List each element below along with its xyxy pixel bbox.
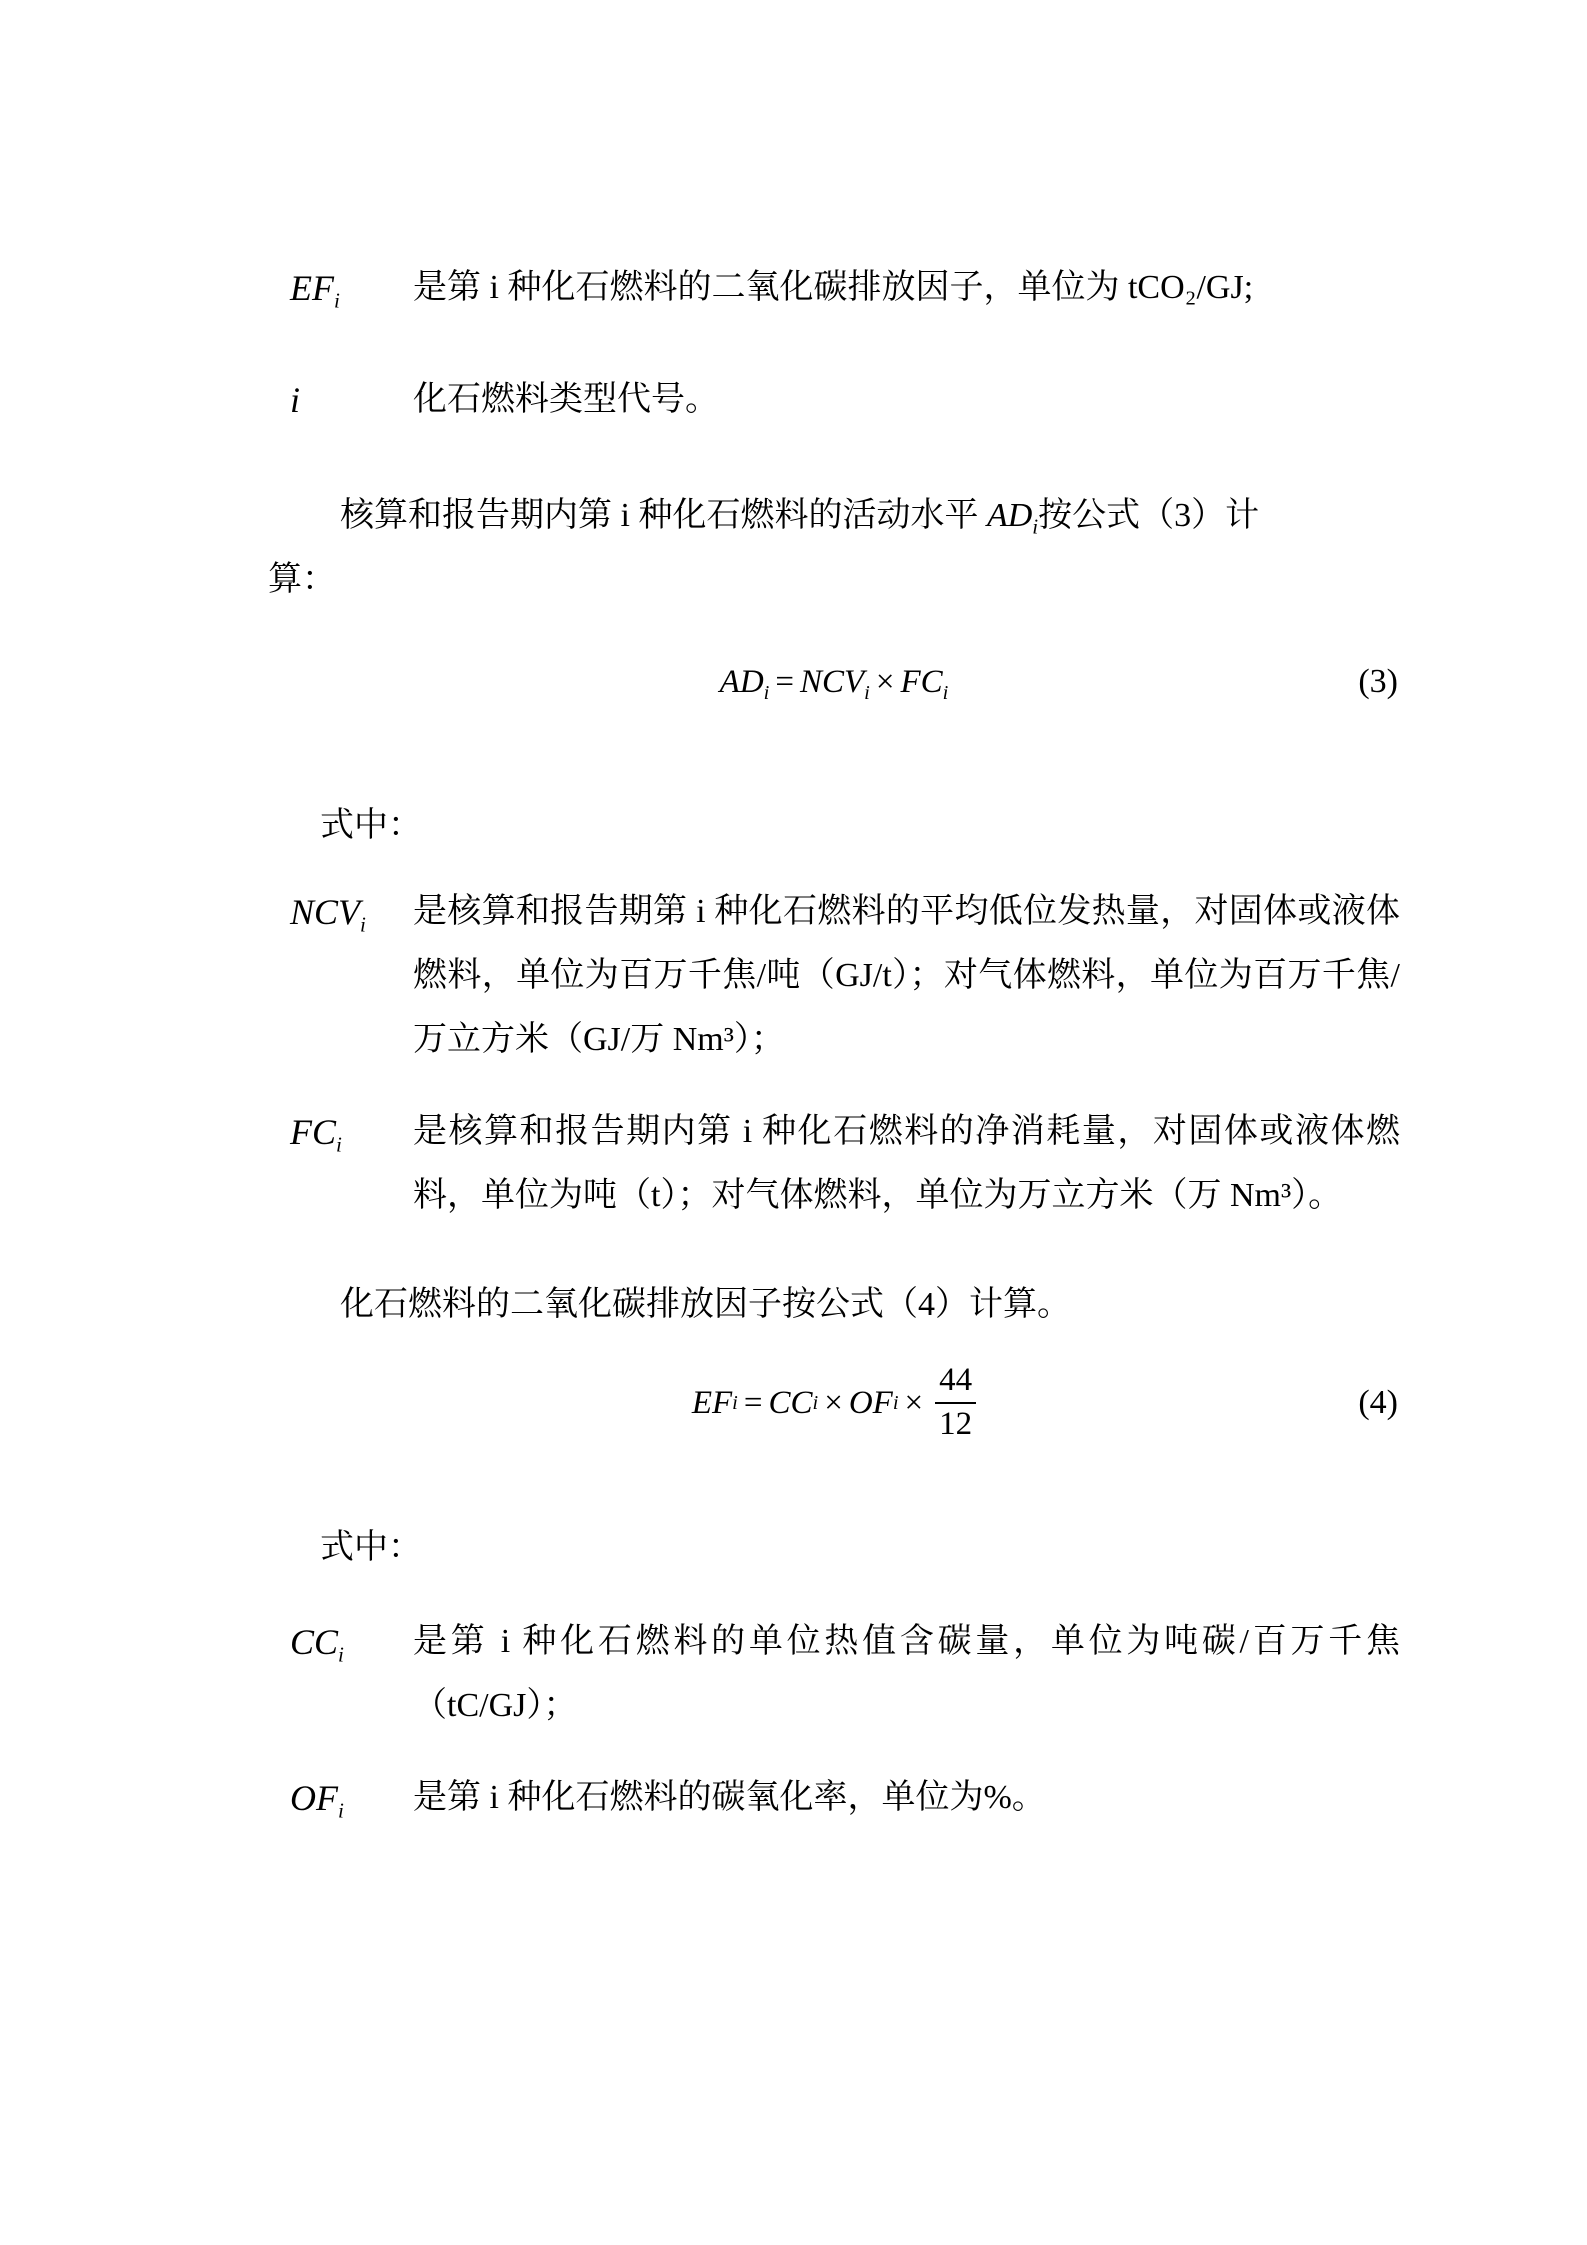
- term-row-i: i 化石燃料类型代号。: [268, 368, 1400, 434]
- term-symbol-of: OFi: [268, 1766, 413, 1832]
- document-content: EFi 是第 i 种化石燃料的二氧化碳排放因子，单位为 tCO₂/GJ; i 化…: [268, 0, 1400, 1832]
- term-row-of: OFi 是第 i 种化石燃料的碳氧化率，单位为%。: [268, 1766, 1400, 1832]
- fraction-numerator: 44: [935, 1362, 976, 1404]
- term-symbol-ncv: NCVi: [268, 880, 413, 946]
- var-of: OF: [290, 1778, 338, 1818]
- term-row-cc: CCi 是第 i 种化石燃料的单位热值含碳量，单位为吨碳/百万千焦（tC/GJ）…: [268, 1610, 1400, 1738]
- formula-4-number: (4): [1358, 1384, 1398, 1422]
- term-definition-cc: 是第 i 种化石燃料的单位热值含碳量，单位为吨碳/百万千焦（tC/GJ）；: [413, 1610, 1400, 1738]
- var-ef: EF: [290, 268, 334, 308]
- term-symbol-i: i: [268, 368, 413, 434]
- var-fc-subscript: i: [336, 1132, 342, 1156]
- term-definition-ncv: 是核算和报告期第 i 种化石燃料的平均低位发热量，对固体或液体燃料，单位为百万千…: [413, 880, 1400, 1072]
- var-ad: AD: [987, 497, 1032, 534]
- para-ad-text-pre: 核算和报告期内第 i 种化石燃料的活动水平: [340, 497, 987, 534]
- var-fc: FC: [290, 1112, 336, 1152]
- paragraph-emission-factor: 化石燃料的二氧化碳排放因子按公式（4）计算。: [268, 1273, 1400, 1337]
- multiply-sign: ×: [818, 1385, 849, 1422]
- var-cc-subscript: i: [338, 1642, 344, 1666]
- term-definition-i: 化石燃料类型代号。: [413, 368, 1400, 432]
- paragraph-activity-level: 核算和报告期内第 i 种化石燃料的活动水平 ADi按公式（3）计 算：: [268, 484, 1400, 612]
- var-cc: CC: [290, 1622, 338, 1662]
- formula-4-expression: EFi=CCi×OFi×4412: [692, 1343, 976, 1463]
- equals-sign: =: [738, 1385, 769, 1422]
- var-ncv-rhs: NCV: [800, 664, 864, 700]
- var-of-subscript: i: [338, 1798, 344, 1822]
- var-i: i: [290, 380, 300, 420]
- var-of-rhs: OF: [849, 1385, 893, 1422]
- var-fc-rhs: FC: [900, 664, 942, 700]
- term-symbol-cc: CCi: [268, 1610, 413, 1676]
- formula-3-number: (3): [1358, 663, 1398, 701]
- var-ncv-rhs-subscript: i: [864, 682, 870, 704]
- var-fc-rhs-subscript: i: [943, 682, 949, 704]
- term-symbol-fc: FCi: [268, 1100, 413, 1166]
- var-cc-rhs: CC: [768, 1385, 812, 1422]
- multiply-sign: ×: [870, 664, 901, 700]
- formula-3: ADi=NCVi×FCi (3): [268, 642, 1400, 722]
- fraction-44-12: 4412: [935, 1362, 976, 1444]
- var-ncv-subscript: i: [360, 912, 366, 936]
- multiply-sign: ×: [899, 1385, 930, 1422]
- var-ad-lhs: AD: [720, 664, 764, 700]
- para-ad-text-post: 按公式（3）计: [1038, 497, 1259, 534]
- equals-sign: =: [769, 664, 800, 700]
- term-definition-fc: 是核算和报告期内第 i 种化石燃料的净消耗量，对固体或液体燃料，单位为吨（t）；…: [413, 1100, 1400, 1228]
- document-page: EFi 是第 i 种化石燃料的二氧化碳排放因子，单位为 tCO₂/GJ; i 化…: [0, 0, 1587, 2245]
- var-ef-lhs: EF: [692, 1385, 732, 1422]
- fraction-denominator: 12: [935, 1404, 976, 1444]
- term-row-ef: EFi 是第 i 种化石燃料的二氧化碳排放因子，单位为 tCO₂/GJ;: [268, 256, 1400, 322]
- var-ef-subscript: i: [334, 288, 340, 312]
- term-row-fc: FCi 是核算和报告期内第 i 种化石燃料的净消耗量，对固体或液体燃料，单位为吨…: [268, 1100, 1400, 1228]
- where-label-2: 式中：: [268, 1516, 1400, 1580]
- term-symbol-ef: EFi: [268, 256, 413, 322]
- formula-3-expression: ADi=NCVi×FCi: [720, 664, 949, 700]
- term-definition-of: 是第 i 种化石燃料的碳氧化率，单位为%。: [413, 1766, 1400, 1830]
- term-definition-ef: 是第 i 种化石燃料的二氧化碳排放因子，单位为 tCO₂/GJ;: [413, 256, 1400, 320]
- paragraph-activity-level-line2: 算：: [268, 548, 1400, 612]
- formula-4: EFi=CCi×OFi×4412 (4): [268, 1343, 1400, 1463]
- where-label-1: 式中：: [268, 794, 1400, 858]
- term-row-ncv: NCVi 是核算和报告期第 i 种化石燃料的平均低位发热量，对固体或液体燃料，单…: [268, 880, 1400, 1072]
- paragraph-activity-level-line1: 核算和报告期内第 i 种化石燃料的活动水平 ADi按公式（3）计: [268, 484, 1400, 548]
- var-ncv: NCV: [290, 892, 360, 932]
